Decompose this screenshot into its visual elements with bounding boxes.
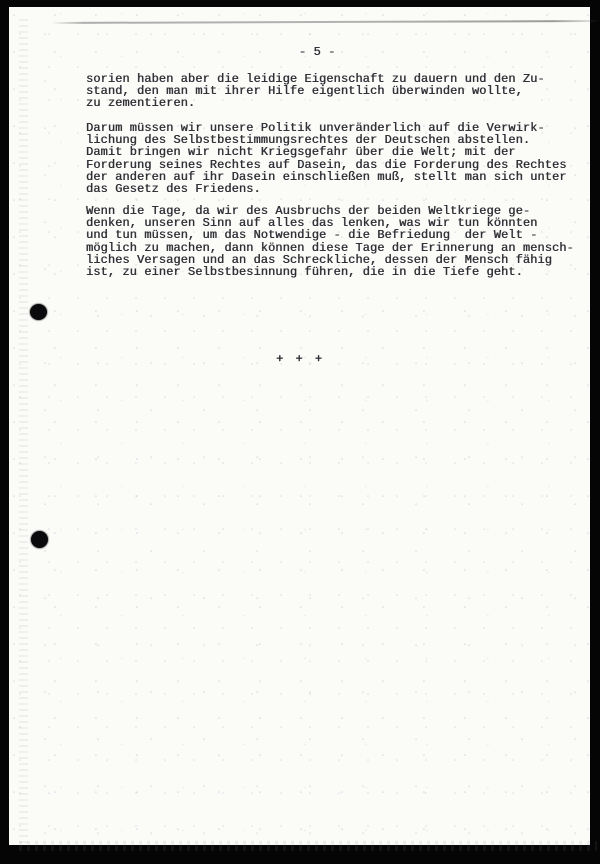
paper-top-edge-shadow <box>51 20 597 24</box>
paragraph-2: Darum müssen wir unsere Politik unveränd… <box>86 122 567 195</box>
paragraph-3: Wenn die Tage, da wir des Ausbruchs der … <box>86 205 574 278</box>
paper-bottom-edge-shadow <box>19 841 597 851</box>
scanned-document: - 5 - sorien haben aber die leidige Eige… <box>0 0 600 864</box>
paragraph-1: sorien haben aber die leidige Eigenschaf… <box>86 73 545 110</box>
page-number: - 5 - <box>299 46 335 58</box>
punch-hole-top <box>30 304 47 320</box>
section-separator: + + + <box>276 353 325 365</box>
paper-left-edge-shadow <box>19 19 28 847</box>
punch-hole-bottom <box>31 531 48 548</box>
